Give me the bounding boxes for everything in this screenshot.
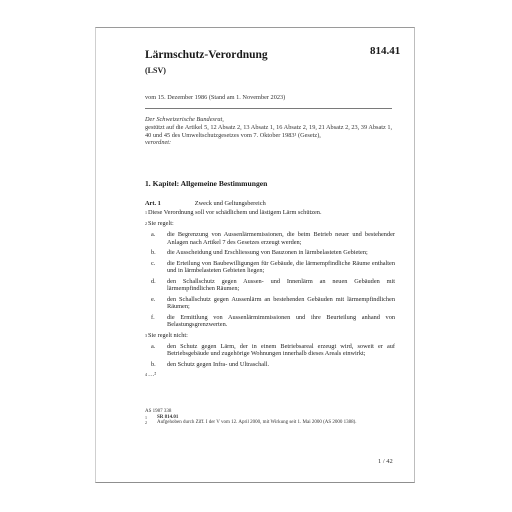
list-item: b.den Schutz gegen Infra- und Ultraschal…: [145, 361, 395, 368]
document-page: Lärmschutz-Verordnung (LSV) 814.41 vom 1…: [95, 27, 415, 483]
list-item: b.die Ausscheidung und Erschliessung von…: [145, 249, 395, 256]
list-item: a.den Schutz gegen Lärm, der in einem Be…: [145, 343, 395, 357]
preamble-verb: verordnet:: [145, 139, 395, 147]
article-number: Art. 1: [145, 200, 161, 207]
date-line: vom 15. Dezember 1986 (Stand am 1. Novem…: [145, 94, 285, 101]
list-item: c.die Erteilung von Baubewilligungen für…: [145, 260, 395, 274]
paragraph: 1Diese Verordnung soll vor schädlichem u…: [145, 209, 395, 216]
list-item: f.die Ermittlung von Aussenlärmimmission…: [145, 314, 395, 328]
sr-number: 814.41: [370, 45, 400, 57]
preamble: Der Schweizerische Bundesrat, gestützt a…: [145, 116, 395, 147]
list-item: d.den Schallschutz gegen Aussen- und Inn…: [145, 278, 395, 292]
page-number: 1 / 42: [378, 458, 393, 465]
preamble-authority: Der Schweizerische Bundesrat,: [145, 116, 395, 124]
document-abbreviation: (LSV): [145, 66, 166, 75]
list-item: a.die Begrenzung von Aussenlärmemissione…: [145, 231, 395, 245]
document-title: Lärmschutz-Verordnung: [145, 49, 268, 61]
paragraph: 4…²: [145, 371, 395, 378]
footnotes: AS 1987 338 1SR 814.01 2Aufgehoben durch…: [145, 409, 395, 426]
paragraph: 3Sie regelt nicht:: [145, 332, 395, 339]
list-item: e.den Schallschutz gegen Aussenlärm an b…: [145, 296, 395, 310]
article-body: 1Diese Verordnung soll vor schädlichem u…: [145, 209, 395, 383]
preamble-basis: gestützt auf die Artikel 5, 12 Absatz 2,…: [145, 124, 395, 140]
article-heading: Art. 1Zweck und Geltungsbereich: [145, 200, 266, 207]
chapter-heading: 1. Kapitel: Allgemeine Bestimmungen: [145, 179, 267, 188]
article-title: Zweck und Geltungsbereich: [195, 200, 266, 207]
footnote: 2Aufgehoben durch Ziff. I der V vom 12. …: [145, 420, 395, 426]
header-divider: [145, 108, 392, 109]
paragraph: 2Sie regelt:: [145, 220, 395, 227]
